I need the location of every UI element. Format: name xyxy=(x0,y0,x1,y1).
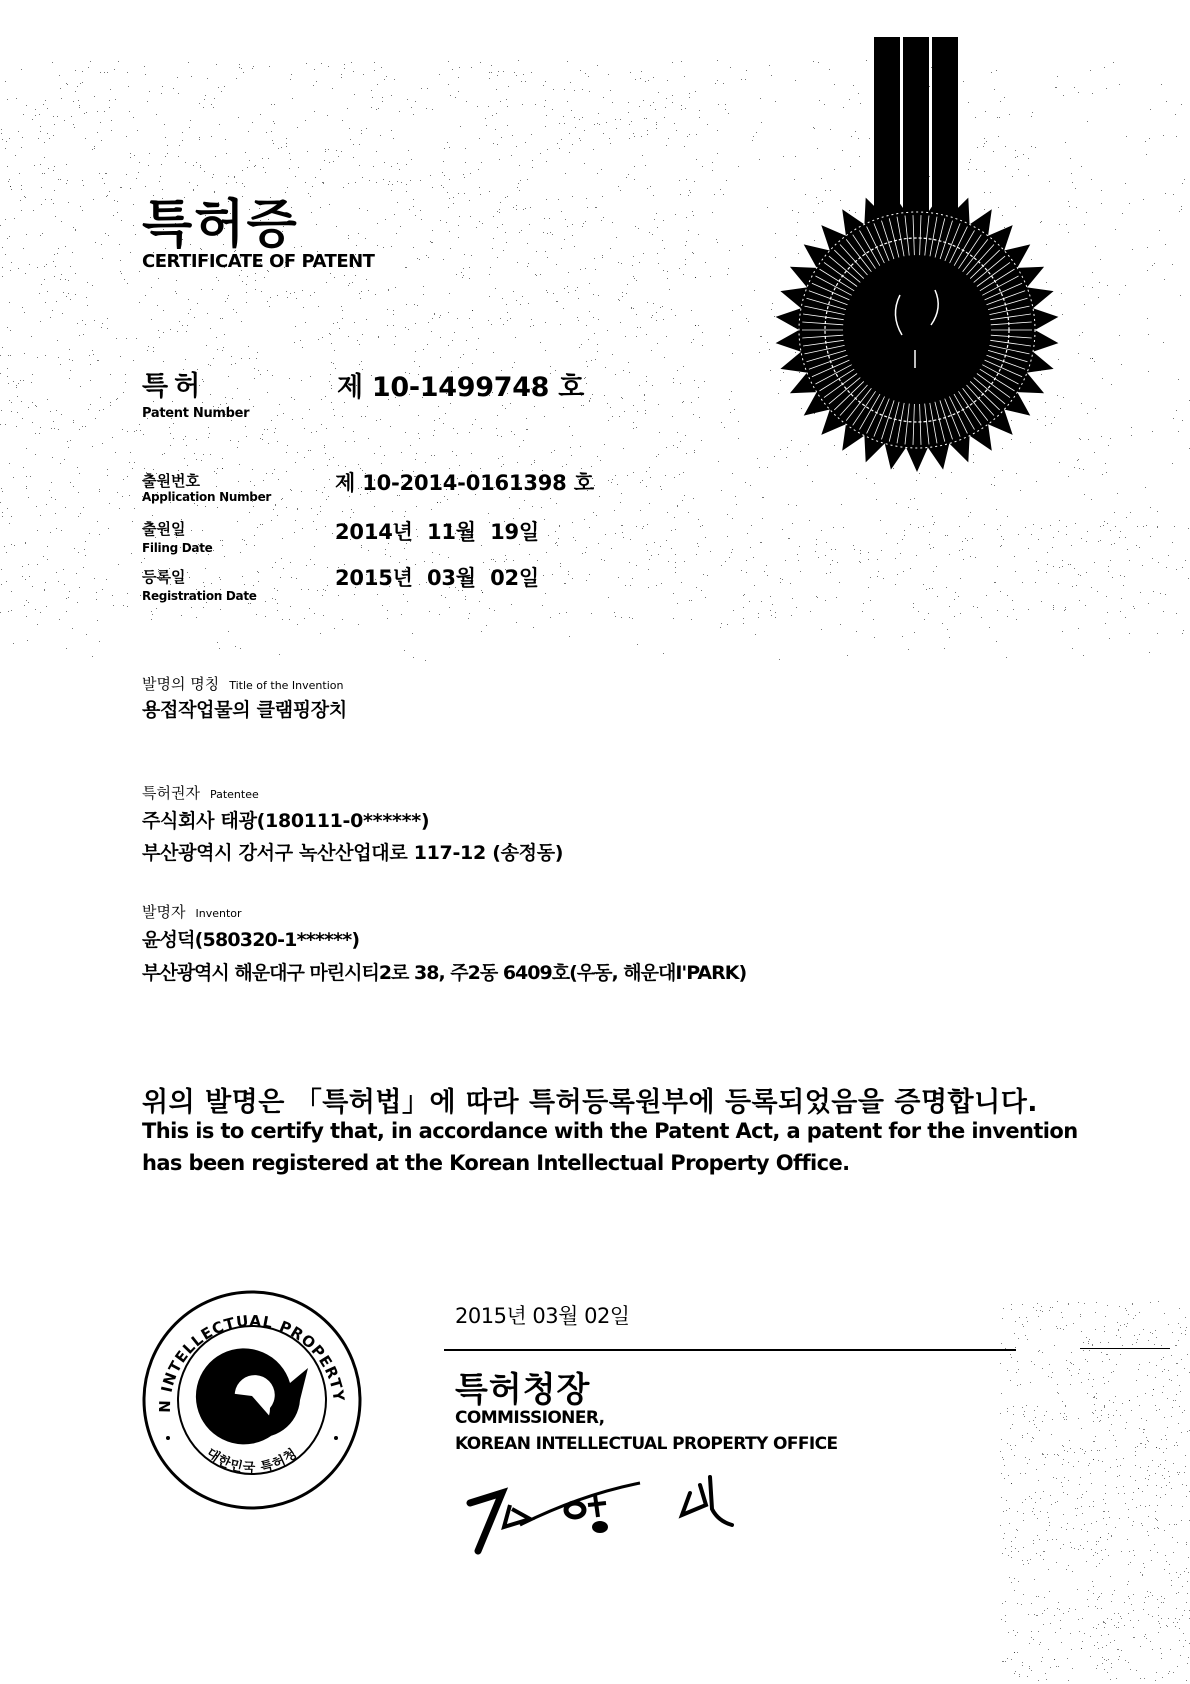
invention-label: 발명의 명칭Title of the Invention xyxy=(142,673,343,694)
certificate-title-en: CERTIFICATE OF PATENT xyxy=(142,251,374,272)
commissioner-title-ko: 특허청장 xyxy=(455,1362,590,1411)
certification-statement-en-1: This is to certify that, in accordance w… xyxy=(142,1119,1078,1143)
certification-statement-ko: 위의 발명은 「특허법」에 따라 특허등록원부에 등록되었음을 증명합니다. xyxy=(142,1080,1038,1119)
filing-date-value: 2014년 11월 19일 xyxy=(335,516,539,546)
kipo-seal-icon: KOREAN INTELLECTUAL PROPERTY OFFICE 대한민국… xyxy=(140,1288,364,1512)
commissioner-signature-icon xyxy=(460,1465,800,1555)
certification-statement-en-2: has been registered at the Korean Intell… xyxy=(142,1151,850,1175)
filing-date-label-en: Filing Date xyxy=(142,541,212,555)
invention-title: 용접작업물의 클램핑장치 xyxy=(142,695,347,722)
inventor-name: 윤성덕(580320-1******) xyxy=(142,925,359,952)
inventor-label-ko: 발명자 xyxy=(142,903,185,921)
patentee-name: 주식회사 태광(180111-0******) xyxy=(142,806,429,833)
registration-date-label-en: Registration Date xyxy=(142,589,257,603)
patent-number-label-en: Patent Number xyxy=(142,406,249,421)
certificate-title-ko: 특허증 xyxy=(142,182,299,257)
filing-date-label-ko: 출원일 xyxy=(142,518,185,539)
patent-number-value: 제 10-1499748 호 xyxy=(337,365,584,404)
application-number-value: 제 10-2014-0161398 호 xyxy=(335,467,594,497)
patent-number-label-ko: 특허 xyxy=(142,364,206,403)
registration-date-value: 2015년 03월 02일 xyxy=(335,562,539,592)
ribbon-seal-icon xyxy=(760,20,1080,480)
patentee-address: 부산광역시 강서구 녹산산업대로 117-12 (송정동) xyxy=(142,838,563,865)
patentee-label-en: Patentee xyxy=(210,788,259,801)
commissioner-title-en-2: KOREAN INTELLECTUAL PROPERTY OFFICE xyxy=(455,1434,838,1454)
inventor-label: 발명자Inventor xyxy=(142,901,242,922)
application-number-label-en: Application Number xyxy=(142,490,271,504)
invention-label-en: Title of the Invention xyxy=(229,679,343,692)
patentee-label-ko: 특허권자 xyxy=(142,784,200,802)
invention-label-ko: 발명의 명칭 xyxy=(142,675,219,693)
patentee-label: 특허권자Patentee xyxy=(142,782,259,803)
signature-line-right xyxy=(1080,1348,1170,1349)
application-number-label-ko: 출원번호 xyxy=(142,470,200,491)
issue-date: 2015년 03월 02일 xyxy=(455,1300,630,1330)
inventor-address: 부산광역시 해운대구 마린시티2로 38, 주2동 6409호(우동, 해운대I… xyxy=(142,958,746,985)
commissioner-title-en-1: COMMISSIONER, xyxy=(455,1408,605,1428)
signature-line xyxy=(444,1349,1016,1351)
inventor-label-en: Inventor xyxy=(195,907,241,920)
registration-date-label-ko: 등록일 xyxy=(142,566,185,587)
